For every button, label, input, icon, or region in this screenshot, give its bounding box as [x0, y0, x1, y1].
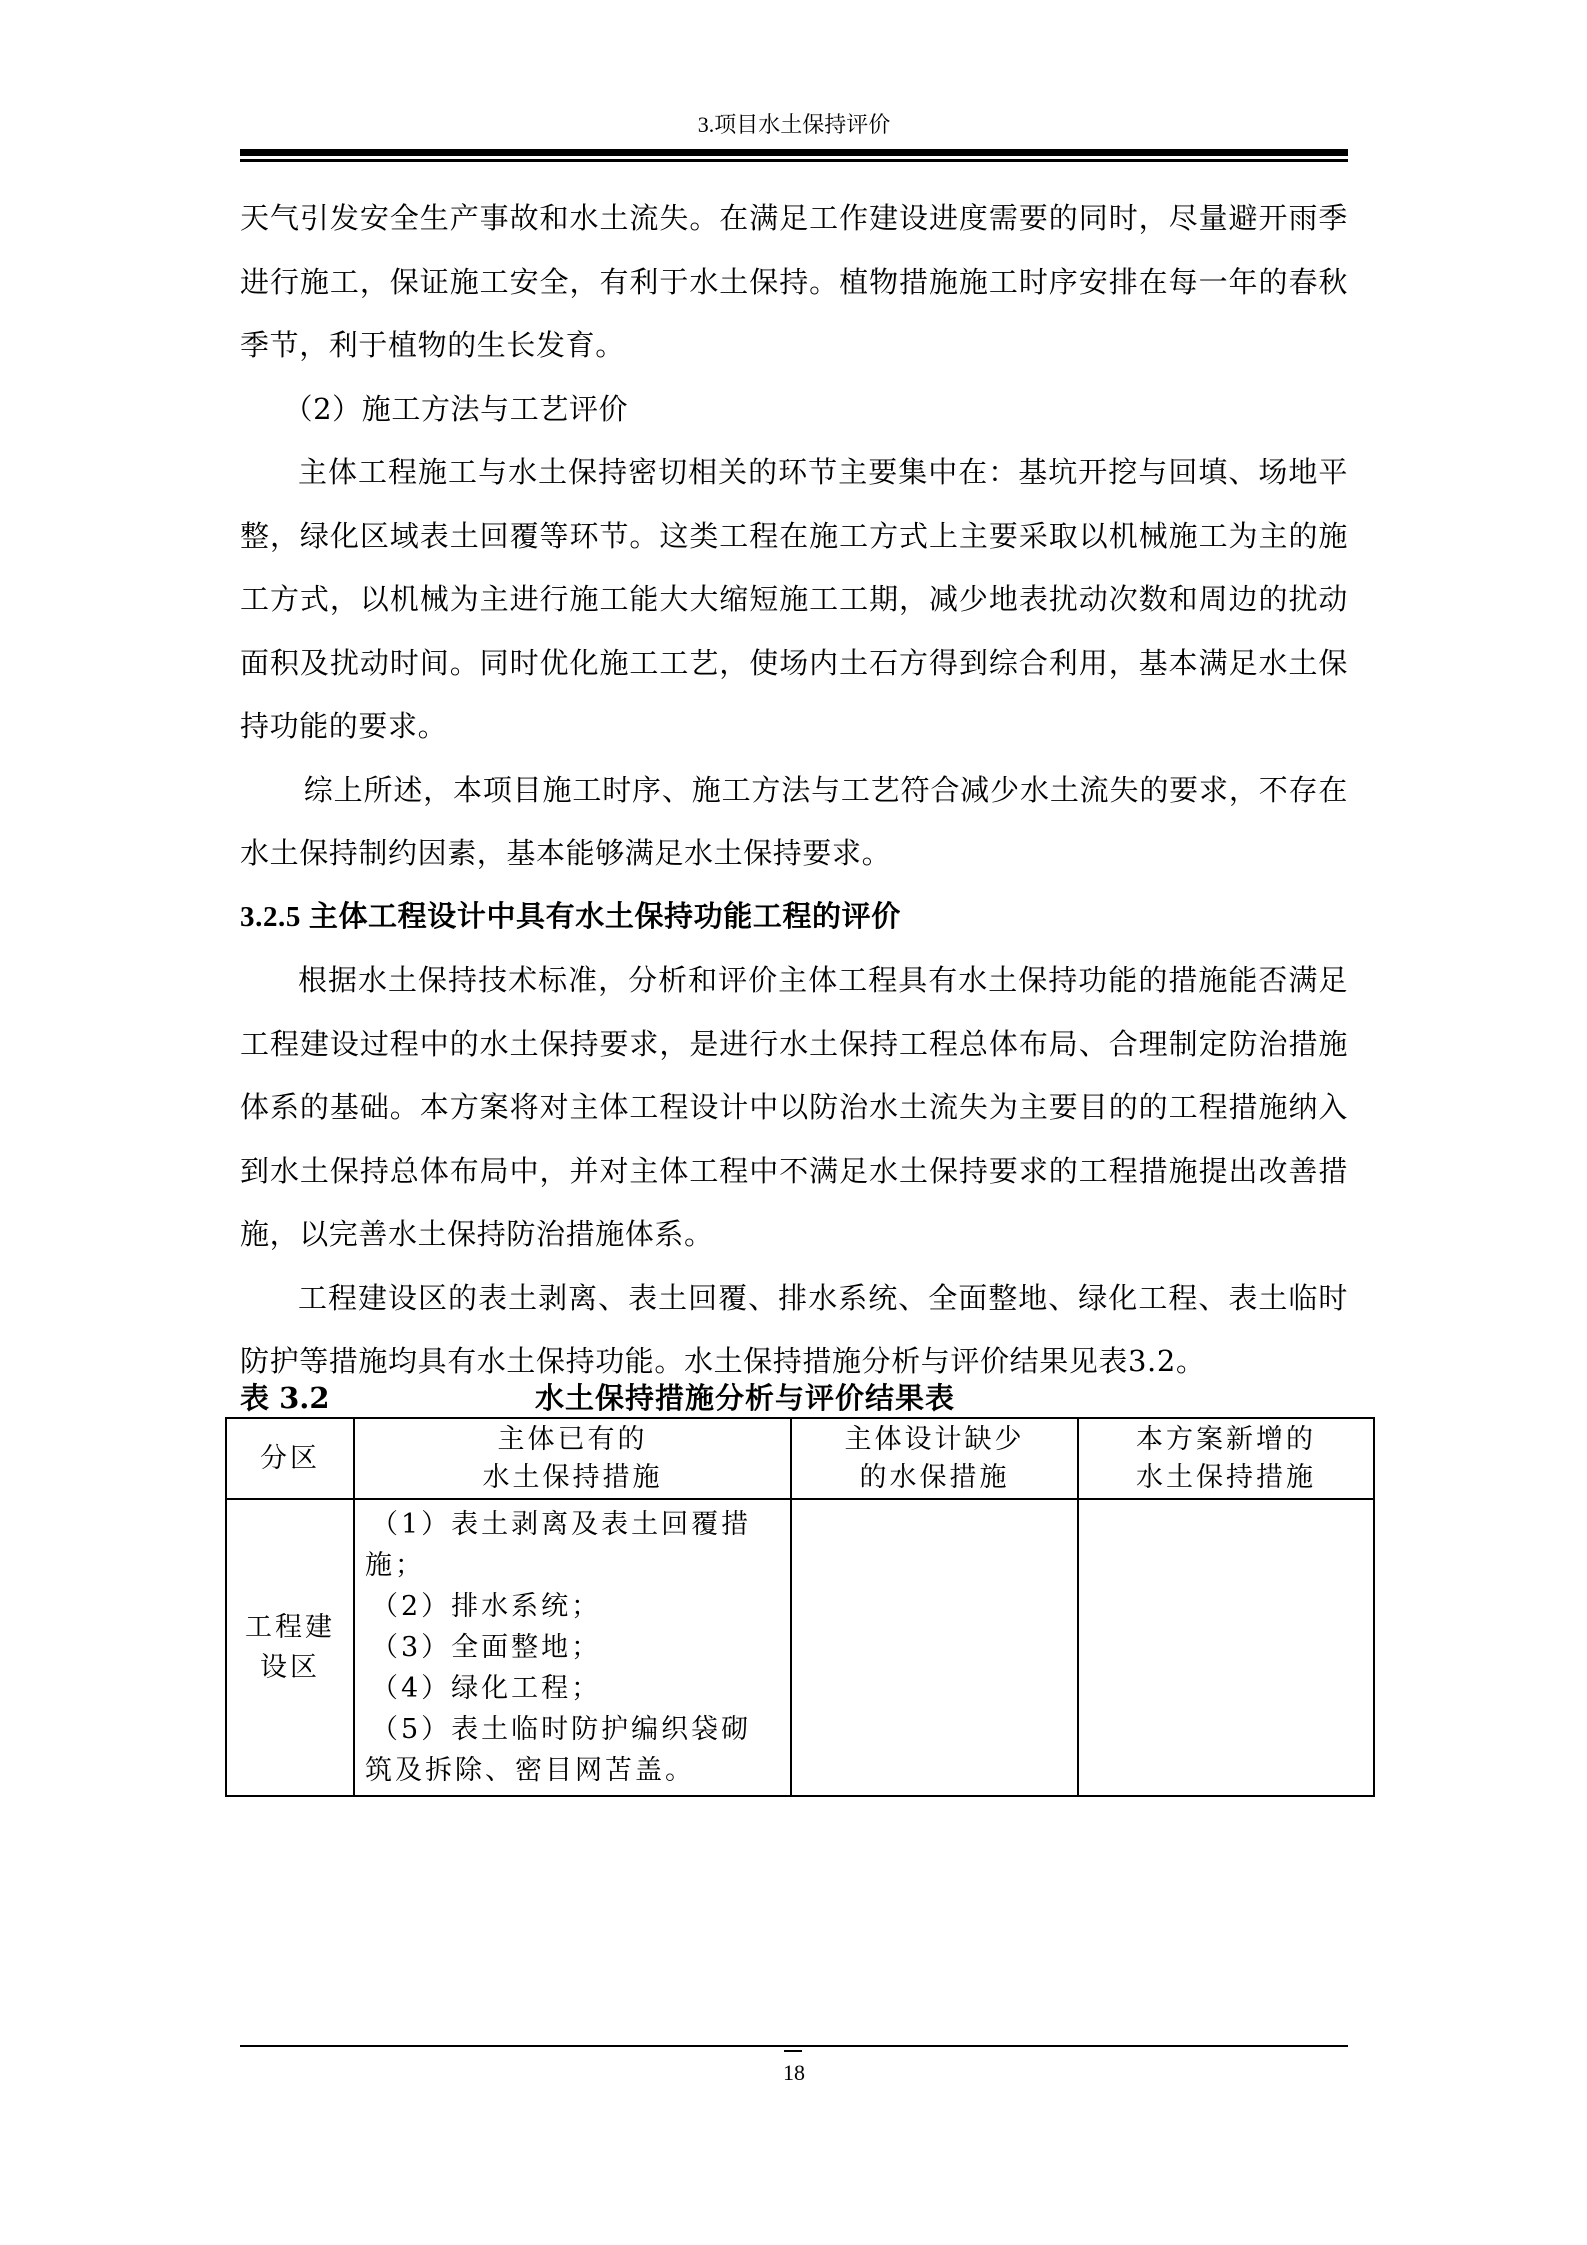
- measure-item-continued: 施；: [365, 1545, 780, 1586]
- footer-rule: [240, 2045, 1348, 2047]
- running-header: 3.项目水土保持评价: [240, 110, 1348, 140]
- header-rule-thick: [240, 149, 1348, 156]
- measure-item: （2）排水系统；: [365, 1586, 780, 1627]
- measure-item: （4）绿化工程；: [365, 1668, 780, 1709]
- paragraph-construction-timing: 天气引发安全生产事故和水土流失。在满足工作建设进度需要的同时，尽量避开雨季进行施…: [240, 187, 1348, 378]
- subheading-construction-method: （2）施工方法与工艺评价: [240, 378, 1348, 442]
- header-added-measures: 本方案新增的 水土保持措施: [1078, 1418, 1374, 1499]
- table-row: 工程建 设区 （1）表土剥离及表土回覆措 施； （2）排水系统； （3）全面整地…: [226, 1499, 1374, 1796]
- table-header-row: 分区 主体已有的 水土保持措施 主体设计缺少 的水保措施 本方案新增的 水土保持…: [226, 1418, 1374, 1499]
- header-rule-thin: [240, 159, 1348, 162]
- section-heading-3-2-5: 3.2.5 主体工程设计中具有水土保持功能工程的评价: [240, 886, 1348, 950]
- cell-zone: 工程建 设区: [226, 1499, 354, 1796]
- paragraph-summary: 综上所述，本项目施工时序、施工方法与工艺符合减少水土流失的要求，不存在水土保持制…: [240, 759, 1348, 886]
- cell-existing-measures: （1）表土剥离及表土回覆措 施； （2）排水系统； （3）全面整地； （4）绿化…: [354, 1499, 791, 1796]
- table-caption: 表 3.2 水土保持措施分析与评价结果表: [240, 1378, 1348, 1418]
- measures-table: 分区 主体已有的 水土保持措施 主体设计缺少 的水保措施 本方案新增的 水土保持…: [225, 1417, 1375, 1797]
- header-zone: 分区: [226, 1418, 354, 1499]
- measure-item: （3）全面整地；: [365, 1627, 780, 1668]
- footer-mark: [784, 2050, 802, 2052]
- page-number: 18: [240, 2058, 1348, 2088]
- document-body: 天气引发安全生产事故和水土流失。在满足工作建设进度需要的同时，尽量避开雨季进行施…: [240, 187, 1348, 1394]
- header-missing-measures: 主体设计缺少 的水保措施: [791, 1418, 1078, 1499]
- paragraph-measures-list: 工程建设区的表土剥离、表土回覆、排水系统、全面整地、绿化工程、表土临时防护等措施…: [240, 1267, 1348, 1394]
- measure-item: （5）表土临时防护编织袋砌: [365, 1709, 780, 1750]
- header-existing-measures: 主体已有的 水土保持措施: [354, 1418, 791, 1499]
- cell-missing-measures: [791, 1499, 1078, 1796]
- cell-added-measures: [1078, 1499, 1374, 1796]
- table-number: 表 3.2: [240, 1378, 330, 1418]
- table-title: 水土保持措施分析与评价结果表: [535, 1378, 955, 1418]
- measure-item: （1）表土剥离及表土回覆措: [365, 1504, 780, 1545]
- measure-item-continued: 筑及拆除、密目网苫盖。: [365, 1750, 780, 1791]
- paragraph-construction-method: 主体工程施工与水土保持密切相关的环节主要集中在：基坑开挖与回填、场地平整，绿化区…: [240, 441, 1348, 759]
- paragraph-evaluation-basis: 根据水土保持技术标准，分析和评价主体工程具有水土保持功能的措施能否满足工程建设过…: [240, 949, 1348, 1267]
